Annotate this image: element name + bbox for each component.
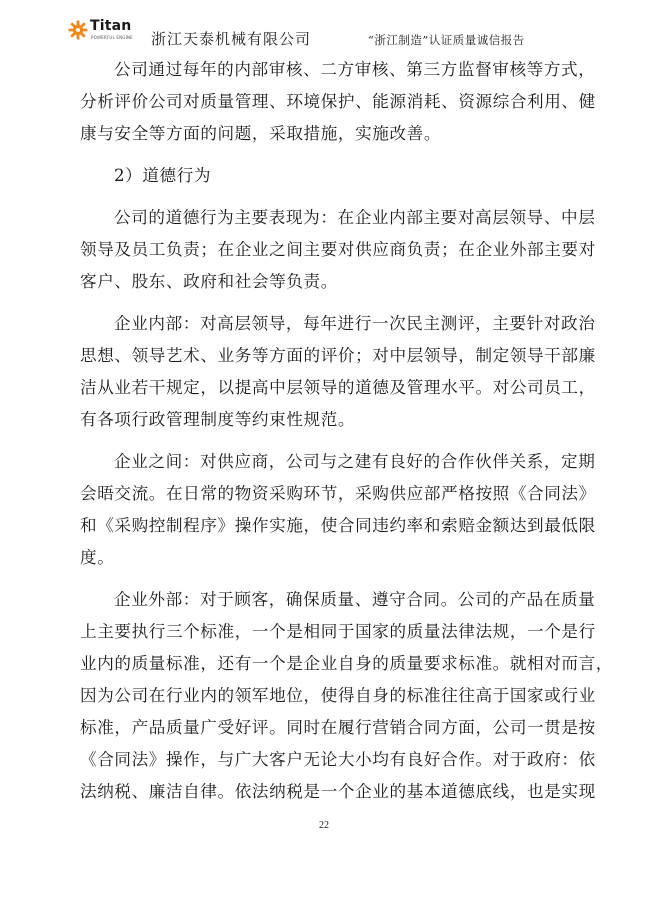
text-line: 康与安全等方面的问题，采取措施，实施改善。 xyxy=(80,118,582,150)
text-line: 标准，产品质量广受好评。同时在履行营销合同方面，公司一贯是按 xyxy=(80,712,582,744)
paragraph: 企业外部：对于顾客，确保质量、遵守合同。公司的产品在质量 上主要执行三个标准，一… xyxy=(80,584,582,808)
text-line: 公司通过每年的内部审核、二方审核、第三方监督审核等方式， xyxy=(80,54,582,86)
paragraph: 企业内部：对高层领导，每年进行一次民主测评，主要针对政治 思想、领导艺术、业务等… xyxy=(80,308,582,436)
text-line: 领导及员工负责；在企业之间主要对供应商负责；在企业外部主要对 xyxy=(80,234,582,266)
section-heading: 2）道德行为 xyxy=(80,160,582,192)
company-logo: Titan POWERFUL ENGINE xyxy=(68,18,138,44)
page-number: 22 xyxy=(0,820,648,831)
page-header: Titan POWERFUL ENGINE 浙江天泰机械有限公司 “浙江制造”认… xyxy=(68,18,588,48)
gear-icon xyxy=(68,20,88,40)
paragraph: 公司通过每年的内部审核、二方审核、第三方监督审核等方式， 分析评价公司对质量管理… xyxy=(80,54,582,150)
text-line: 和《采购控制程序》操作实施，使合同违约率和索赔金额达到最低限 xyxy=(80,510,582,542)
text-line: 分析评价公司对质量管理、环境保护、能源消耗、资源综合利用、健 xyxy=(80,86,582,118)
text-line: 企业外部：对于顾客，确保质量、遵守合同。公司的产品在质量 xyxy=(80,584,582,616)
text-line: 上主要执行三个标准，一个是相同于国家的质量法律法规，一个是行 xyxy=(80,616,582,648)
paragraph: 公司的道德行为主要表现为：在企业内部主要对高层领导、中层 领导及员工负责；在企业… xyxy=(80,202,582,298)
text-line: 客户、股东、政府和社会等负责。 xyxy=(80,266,582,298)
text-line: 2）道德行为 xyxy=(80,160,582,192)
report-title: “浙江制造”认证质量诚信报告 xyxy=(368,32,525,48)
text-line: 因为公司在行业内的领军地位，使得自身的标准往往高于国家或行业 xyxy=(80,680,582,712)
text-line: 度。 xyxy=(80,542,582,574)
text-line: 洁从业若干规定，以提高中层领导的道德及管理水平。对公司员工， xyxy=(80,372,582,404)
text-line: 企业之间：对供应商，公司与之建有良好的合作伙伴关系，定期 xyxy=(80,446,582,478)
text-line: 法纳税、廉洁自律。依法纳税是一个企业的基本道德底线，也是实现 xyxy=(80,776,582,808)
text-line: 会晤交流。在日常的物资采购环节，采购供应部严格按照《合同法》 xyxy=(80,478,582,510)
text-line: 有各项行政管理制度等约束性规范。 xyxy=(80,404,582,436)
text-line: 公司的道德行为主要表现为：在企业内部主要对高层领导、中层 xyxy=(80,202,582,234)
document-body: 公司通过每年的内部审核、二方审核、第三方监督审核等方式， 分析评价公司对质量管理… xyxy=(80,54,582,808)
text-line: 思想、领导艺术、业务等方面的评价；对中层领导，制定领导干部廉 xyxy=(80,340,582,372)
paragraph: 企业之间：对供应商，公司与之建有良好的合作伙伴关系，定期 会晤交流。在日常的物资… xyxy=(80,446,582,574)
text-line: 《合同法》操作，与广大客户无论大小均有良好合作。对于政府：依 xyxy=(80,744,582,776)
logo-tagline: POWERFUL ENGINE xyxy=(91,35,133,40)
text-line: 企业内部：对高层领导，每年进行一次民主测评，主要针对政治 xyxy=(80,308,582,340)
logo-brand: Titan xyxy=(90,18,131,34)
text-line: 业内的质量标准，还有一个是企业自身的质量要求标准。就相对而言， xyxy=(80,648,582,680)
company-name: 浙江天泰机械有限公司 xyxy=(151,28,311,49)
